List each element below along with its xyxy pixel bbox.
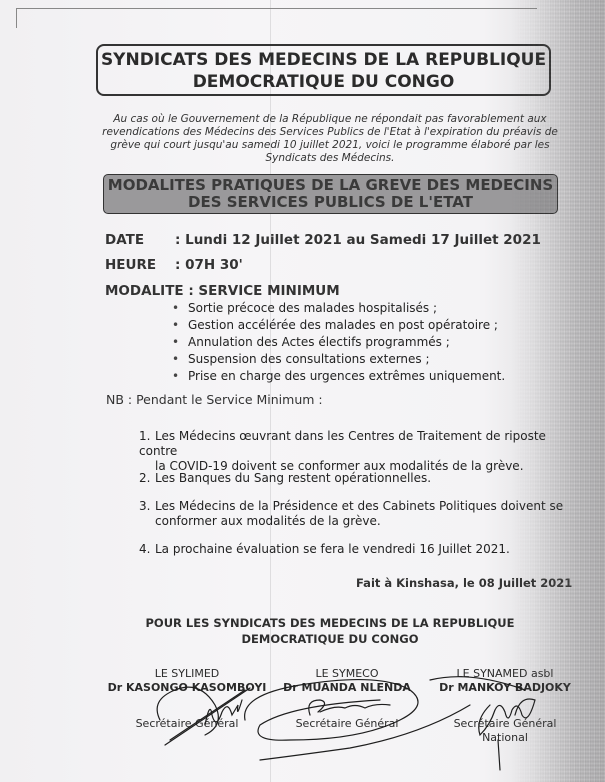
signatory-role: Secrétaire Général	[272, 717, 422, 731]
signatory-name: Dr MUANDA NLENDA	[272, 681, 422, 695]
list-item: Prise en charge des urgences extrêmes un…	[188, 368, 505, 385]
intro-paragraph: Au cas où le Gouvernement de la Républiq…	[100, 113, 560, 165]
modalite-label: MODALITE	[105, 283, 184, 299]
document-title-box: SYNDICATS DES MEDECINS DE LA REPUBLIQUE …	[96, 44, 551, 96]
signatory-role: Secrétaire Général	[102, 717, 272, 731]
nb-heading: NB : Pendant le Service Minimum :	[106, 392, 323, 407]
scan-edge-line	[17, 8, 537, 9]
modalite-value: : SERVICE MINIMUM	[188, 283, 339, 299]
list-item: Gestion accélérée des malades en post op…	[188, 317, 505, 334]
list-item: Suspension des consultations externes ;	[188, 351, 505, 368]
nb-item-text: La prochaine évaluation se fera le vendr…	[155, 542, 510, 556]
nb-item-text: Les Médecins œuvrant dans les Centres de…	[139, 429, 546, 458]
nb-item-number: 4.	[139, 542, 155, 557]
document-title-line2: DEMOCRATIQUE DU CONGO	[98, 71, 549, 93]
modalite-field: MODALITE : SERVICE MINIMUM	[105, 283, 340, 299]
heure-label: HEURE	[105, 257, 175, 273]
date-label: DATE	[105, 232, 175, 248]
section-title-line2: DES SERVICES PUBLICS DE L'ETAT	[104, 194, 557, 211]
date-field: DATE: Lundi 12 Juillet 2021 au Samedi 17…	[105, 232, 541, 248]
nb-item-number: 1.	[139, 429, 155, 444]
footer-heading: POUR LES SYNDICATS DES MEDECINS DE LA RE…	[140, 615, 520, 647]
signatory-name: Dr KASONGO KASOMBOYI	[102, 681, 272, 695]
footer-line2: DEMOCRATIQUE DU CONGO	[140, 631, 520, 647]
nb-item-text: Les Médecins de la Présidence et des Cab…	[155, 499, 563, 513]
list-item: Sortie précoce des malades hospitalisés …	[188, 300, 505, 317]
signatory-sylimed: LE SYLIMED Dr KASONGO KASOMBOYI Secrétai…	[102, 667, 272, 731]
nb-item-text: Les Banques du Sang restent opérationnel…	[155, 471, 431, 485]
nb-item-4: 4.La prochaine évaluation se fera le ven…	[139, 542, 510, 557]
document-title-line1: SYNDICATS DES MEDECINS DE LA REPUBLIQUE	[98, 49, 549, 71]
heure-field: HEURE: 07H 30'	[105, 257, 243, 273]
signatory-org: LE SYMECO	[272, 667, 422, 681]
section-title-banner: MODALITES PRATIQUES DE LA GREVE DES MEDE…	[103, 174, 558, 214]
date-value: : Lundi 12 Juillet 2021 au Samedi 17 Jui…	[175, 232, 541, 248]
footer-line1: POUR LES SYNDICATS DES MEDECINS DE LA RE…	[140, 615, 520, 631]
list-item: Annulation des Actes électifs programmés…	[188, 334, 505, 351]
nb-item-number: 2.	[139, 471, 155, 486]
scan-edge-line-left	[16, 8, 17, 28]
heure-value: : 07H 30'	[175, 257, 243, 273]
section-title-line1: MODALITES PRATIQUES DE LA GREVE DES MEDE…	[104, 177, 557, 194]
nb-item-number: 3.	[139, 499, 155, 514]
signatory-org: LE SYLIMED	[102, 667, 272, 681]
nb-item-2: 2.Les Banques du Sang restent opérationn…	[139, 471, 431, 486]
signatory-symeco: LE SYMECO Dr MUANDA NLENDA Secrétaire Gé…	[272, 667, 422, 731]
service-minimum-list: Sortie précoce des malades hospitalisés …	[188, 300, 505, 385]
scan-shadow	[510, 0, 605, 782]
